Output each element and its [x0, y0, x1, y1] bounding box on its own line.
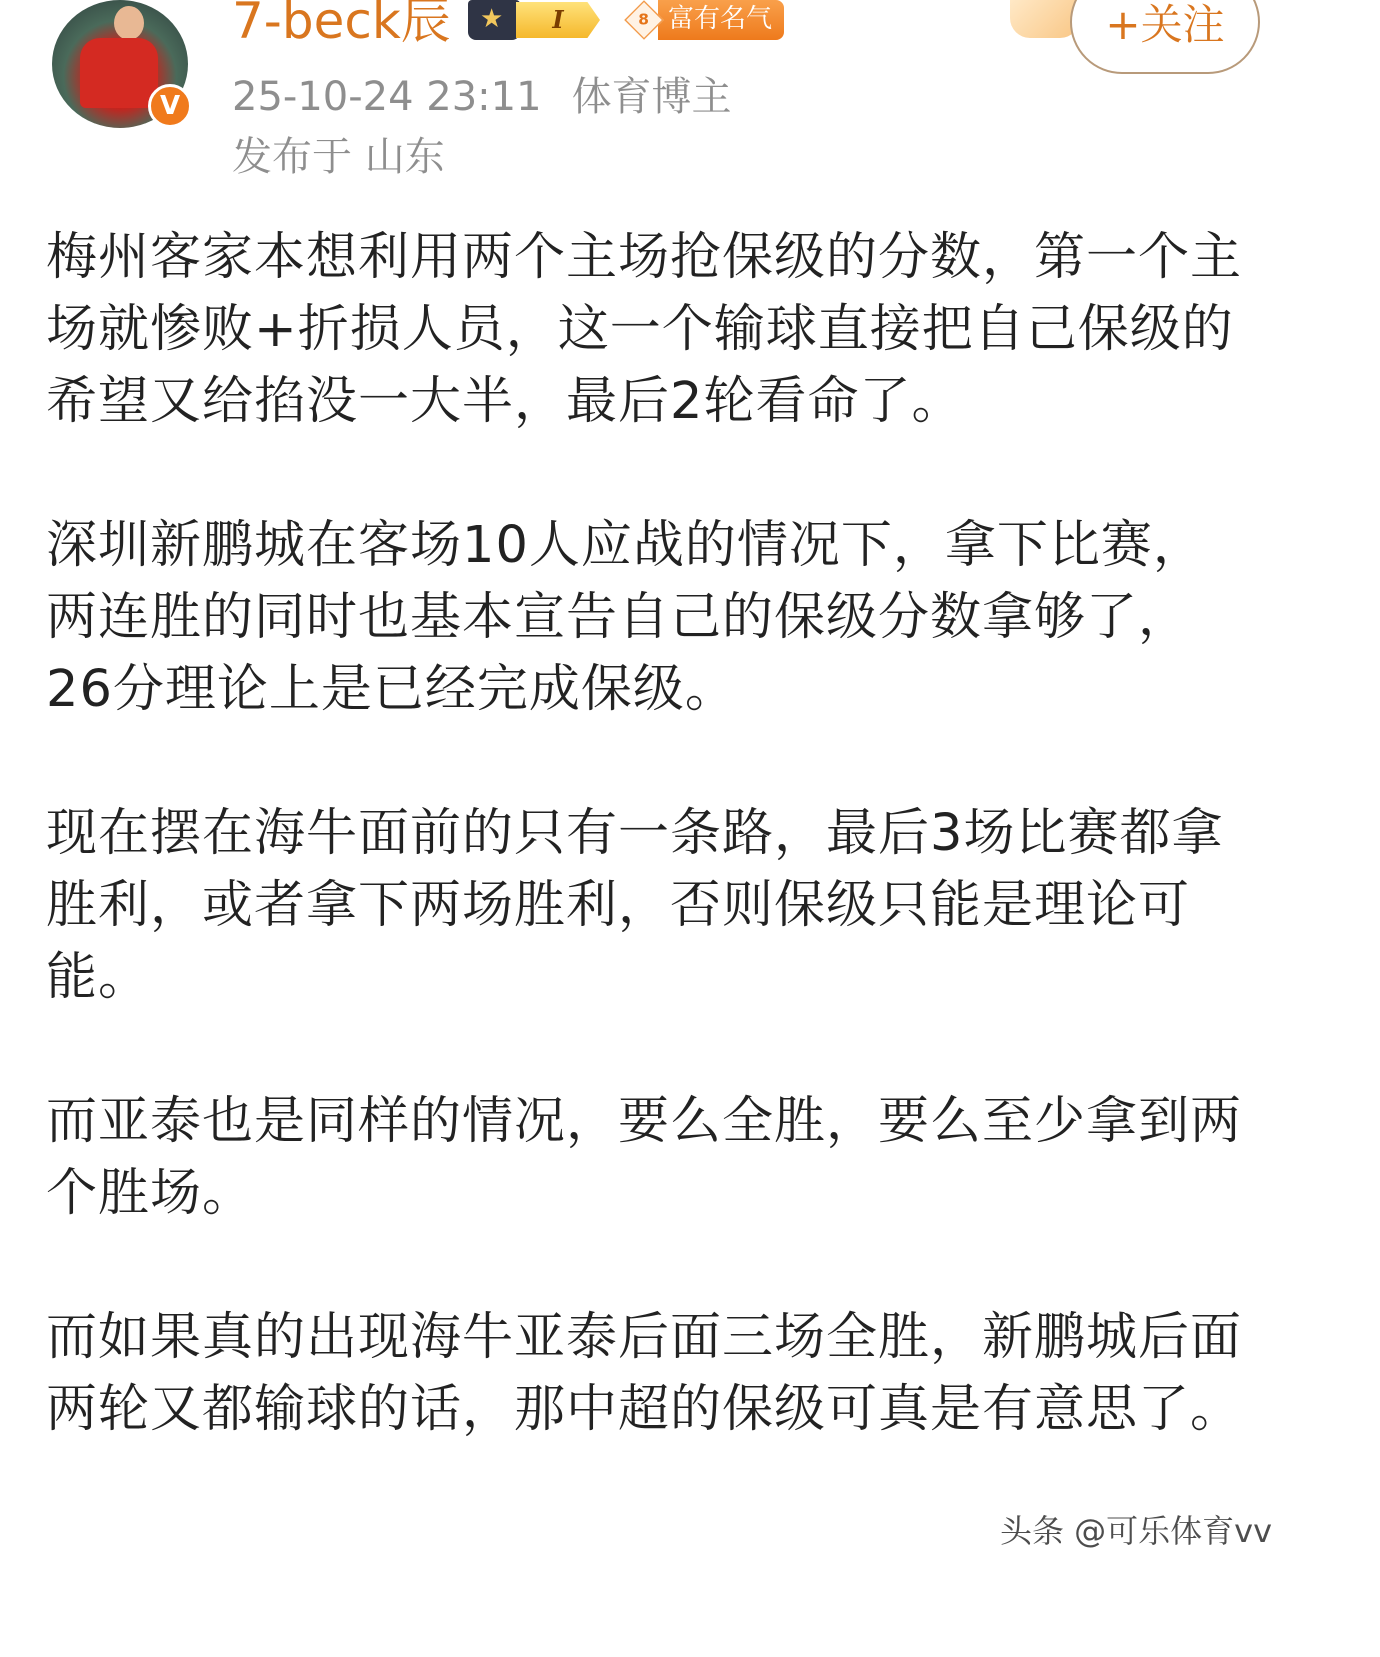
fame-label: 富有名气 [658, 0, 784, 40]
post-content: 梅州客家本想利用两个主场抢保级的分数，第一个主场就惨败+折损人员，这一个输球直接… [46, 222, 1246, 1518]
author-role: 体育博主 [572, 74, 732, 120]
watermark: 头条 @可乐体育vv [1000, 1506, 1272, 1552]
paragraph: 而如果真的出现海牛亚泰后面三场全胜，新鹏城后面两轮又都输球的话，那中超的保级可真… [46, 1302, 1246, 1446]
star-icon: ★ [480, 4, 503, 34]
paragraph: 现在摆在海牛面前的只有一条路，最后3场比赛都拿胜利，或者拿下两场胜利，否则保级只… [46, 798, 1246, 1014]
crown-icon: ★ [468, 0, 520, 40]
paragraph: 深圳新鹏城在客场10人应战的情况下，拿下比赛，两连胜的同时也基本宣告自己的保级分… [46, 510, 1246, 726]
post-location: 发布于 山东 [232, 130, 445, 184]
avatar-shirt [80, 38, 158, 108]
follow-button[interactable]: +关注 [1070, 0, 1260, 74]
avatar-head [114, 6, 144, 40]
verified-icon: V [148, 84, 192, 128]
paragraph: 梅州客家本想利用两个主场抢保级的分数，第一个主场就惨败+折损人员，这一个输球直接… [46, 222, 1246, 438]
paragraph: 而亚泰也是同样的情况，要么全胜，要么至少拿到两个胜场。 [46, 1086, 1246, 1230]
post-meta: 25-10-24 23:11体育博主 [232, 70, 732, 124]
membership-badge[interactable]: ★ I [468, 0, 604, 42]
fame-badge[interactable]: 8 富有名气 [624, 0, 784, 40]
username[interactable]: 7-beck辰 [232, 0, 451, 56]
timestamp: 25-10-24 23:11 [232, 74, 542, 120]
level-badge: I [516, 2, 600, 38]
